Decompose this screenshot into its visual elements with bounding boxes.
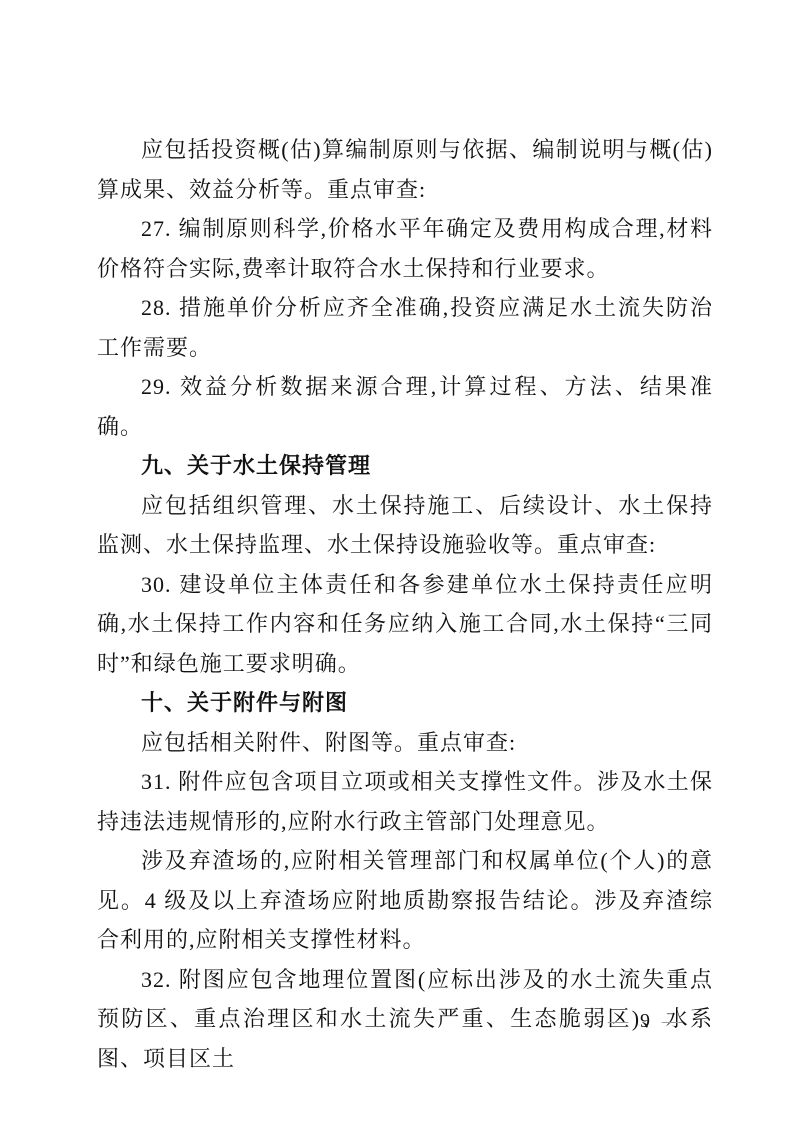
footer-dash-right: — (662, 1010, 682, 1032)
page-number: 9 (640, 1010, 650, 1032)
para-item-27: 27. 编制原则科学,价格水平年确定及费用构成合理,材料价格符合实际,费率计取符… (97, 209, 713, 288)
para-attachments-scope: 应包括相关附件、附图等。重点审查: (97, 723, 713, 763)
para-item-31: 31. 附件应包含项目立项或相关支撑性文件。涉及水土保持违法违规情形的,应附水行… (97, 762, 713, 841)
heading-section-10-attachments: 十、关于附件与附图 (97, 683, 713, 723)
heading-section-9-management: 九、关于水土保持管理 (97, 446, 713, 486)
para-investment-scope: 应包括投资概(估)算编制原则与依据、编制说明与概(估)算成果、效益分析等。重点审… (97, 130, 713, 209)
document-body: 应包括投资概(估)算编制原则与依据、编制说明与概(估)算成果、效益分析等。重点审… (97, 130, 713, 1078)
para-spoil-ground: 涉及弃渣场的,应附相关管理部门和权属单位(个人)的意见。4 级及以上弃渣场应附地… (97, 841, 713, 960)
para-item-29: 29. 效益分析数据来源合理,计算过程、方法、结果准确。 (97, 367, 713, 446)
para-item-30: 30. 建设单位主体责任和各参建单位水土保持责任应明确,水土保持工作内容和任务应… (97, 565, 713, 684)
page-footer: —9— (608, 1009, 682, 1033)
para-management-scope: 应包括组织管理、水土保持施工、后续设计、水土保持监测、水土保持监理、水土保持设施… (97, 486, 713, 565)
document-page: 应包括投资概(估)算编制原则与依据、编制说明与概(估)算成果、效益分析等。重点审… (0, 0, 800, 1131)
para-item-28: 28. 措施单价分析应齐全准确,投资应满足水土流失防治工作需要。 (97, 288, 713, 367)
footer-dash-left: — (608, 1010, 628, 1032)
